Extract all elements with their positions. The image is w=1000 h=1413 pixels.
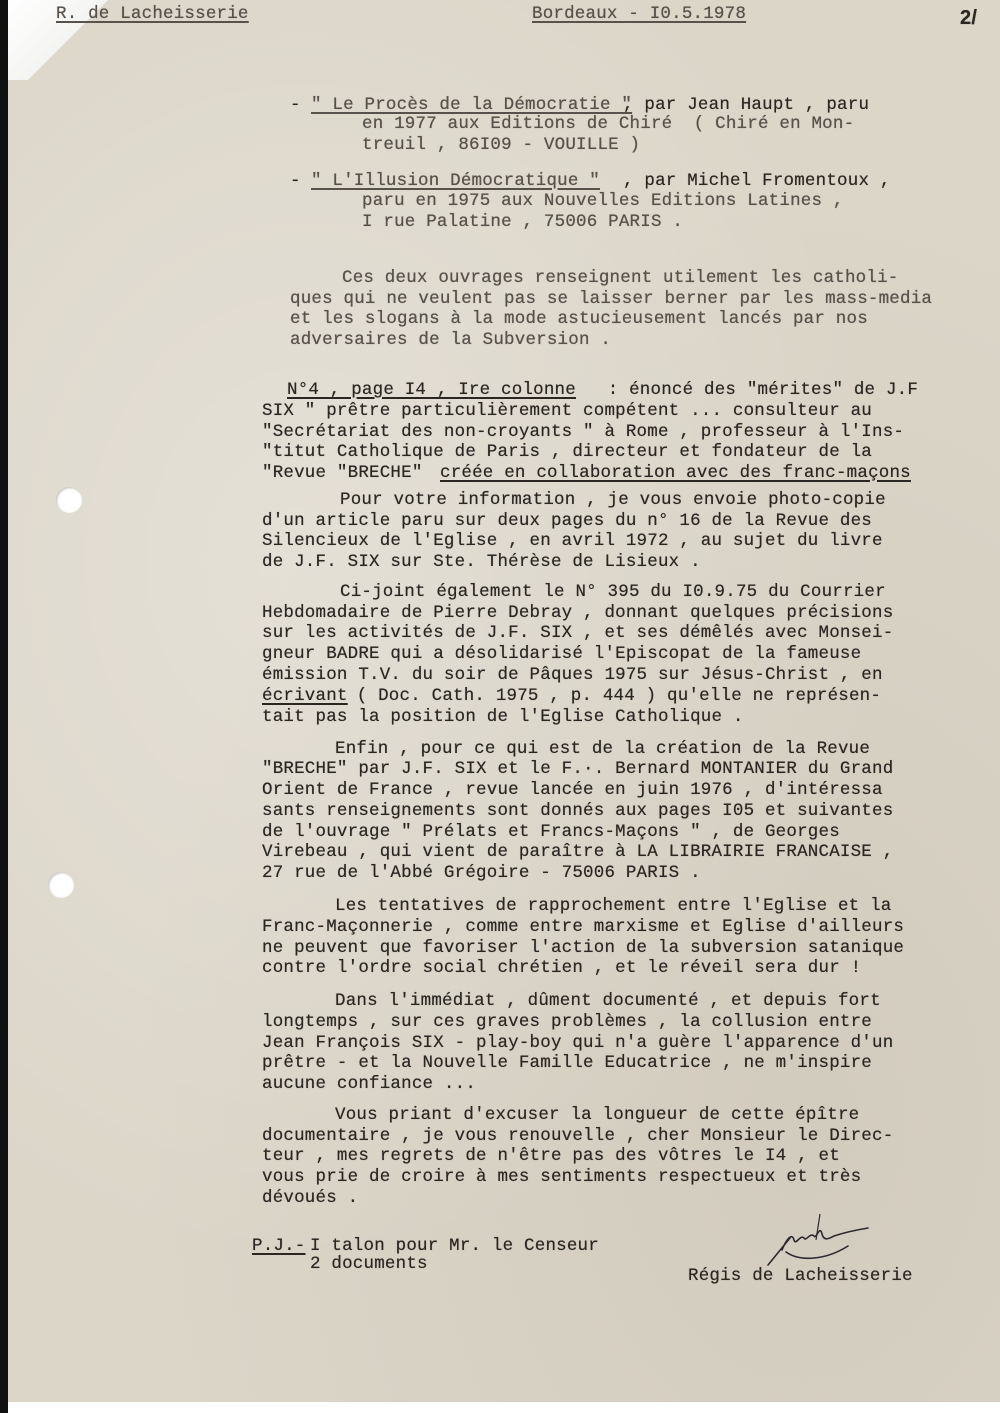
enclosure-item: I talon pour Mr. le Censeur: [310, 1238, 599, 1256]
signatory-name: Régis de Lacheisserie: [688, 1268, 913, 1286]
punch-hole: [48, 872, 74, 898]
page-number: 2/: [960, 8, 977, 28]
punch-hole: [56, 487, 82, 513]
enclosures-label: P.J.-: [252, 1238, 306, 1256]
scan-edge: [0, 0, 8, 1413]
handwritten-signature-icon: [760, 1210, 890, 1270]
underlined-phrase: créée en collaboration avec des franc-ma…: [440, 465, 911, 483]
citation-reference: N°4 , page I4 , Ire colonne: [287, 382, 576, 400]
enclosure-item: 2 documents: [310, 1256, 428, 1274]
reference-title: " Le Procès de la Démocratie ": [311, 97, 632, 115]
underlined-word: écrivant: [262, 688, 348, 706]
header-author: R. de Lacheisserie: [56, 6, 249, 24]
reference-title: " L'Illusion Démocratique ": [311, 173, 600, 191]
header-place-date: Bordeaux - I0.5.1978: [532, 6, 746, 24]
